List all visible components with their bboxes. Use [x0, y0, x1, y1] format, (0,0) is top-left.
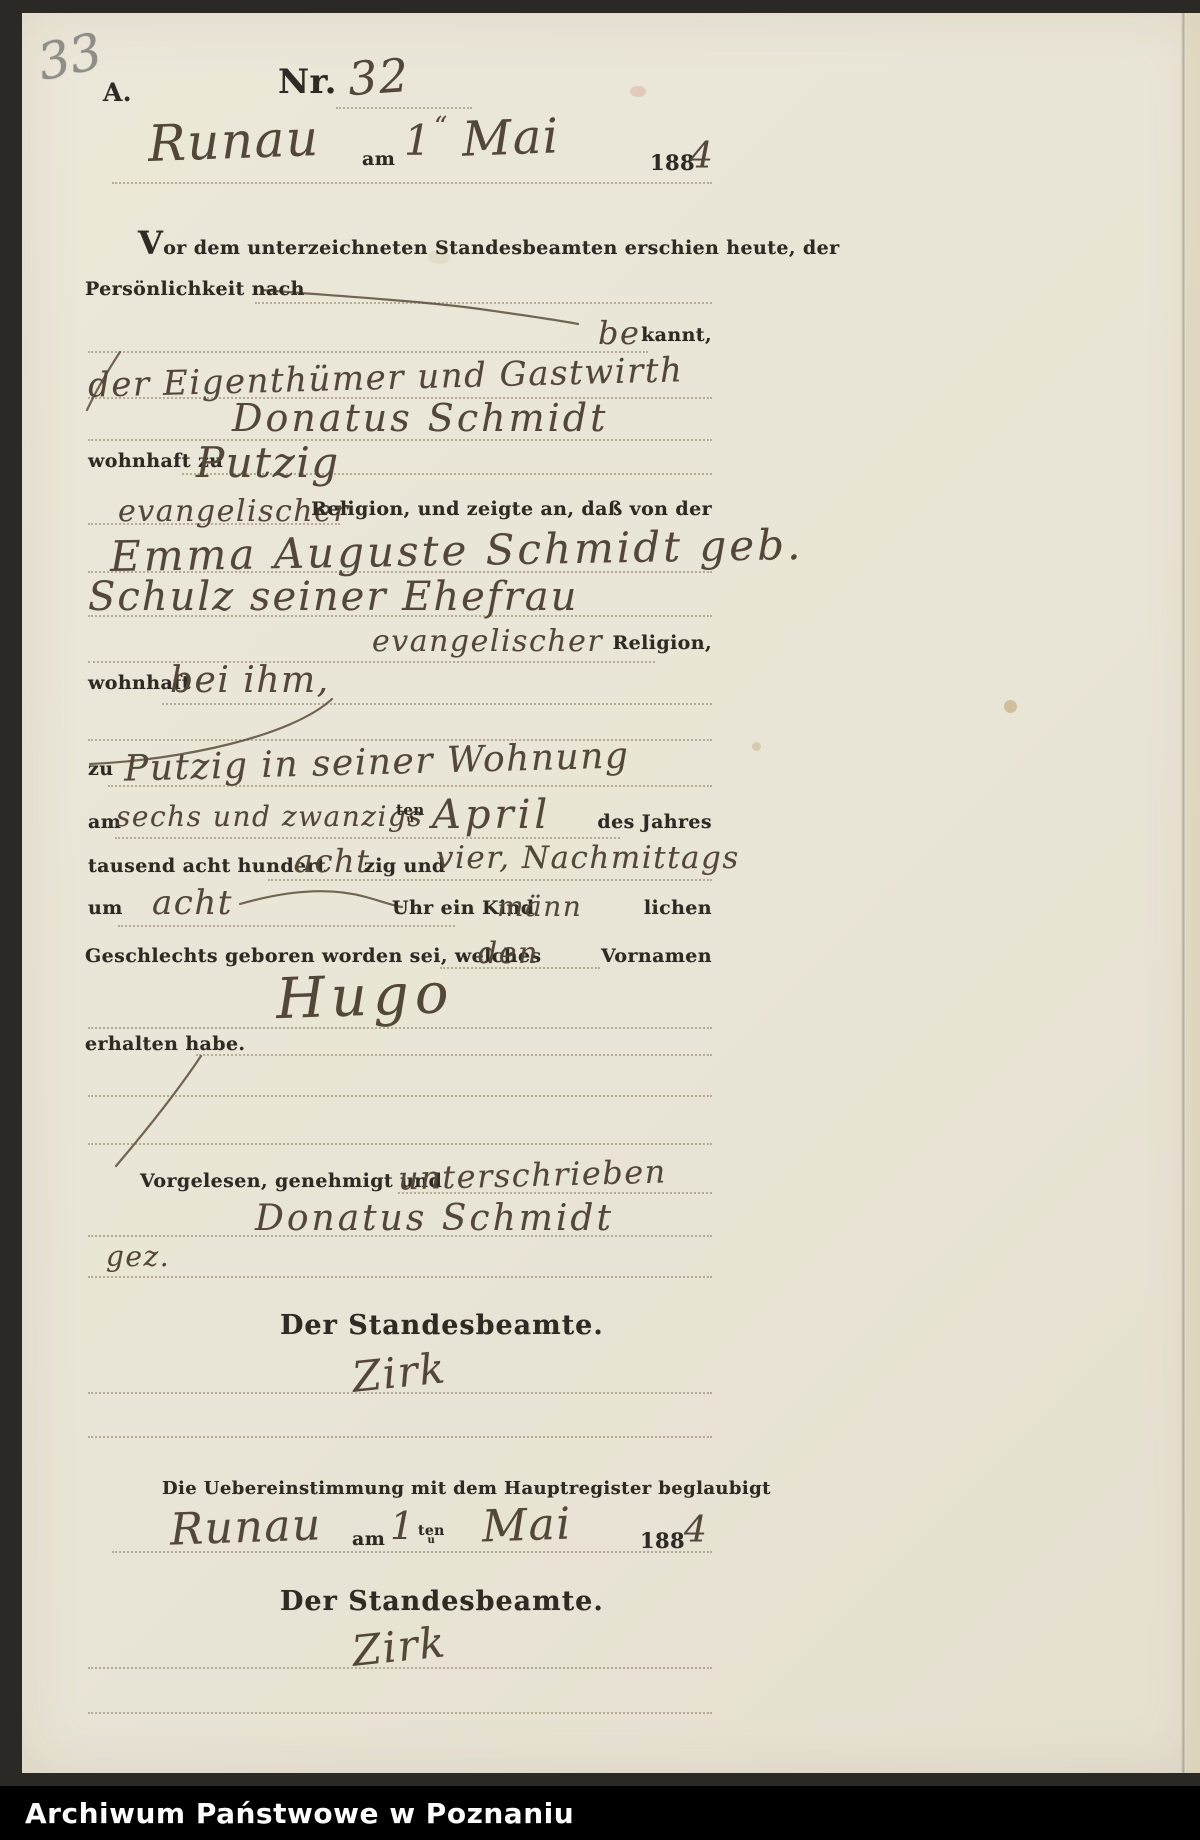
intro-initial: V [138, 224, 163, 262]
registrar-signature-1: Zirk [350, 1343, 449, 1402]
intro-rest: or dem unterzeichneten Standesbeamten er… [163, 237, 839, 259]
record-number-label: Nr. [278, 62, 337, 102]
zig-und-label: zig und [364, 855, 446, 877]
hour-hand: acht [152, 883, 233, 923]
dotted-line [196, 1051, 712, 1056]
dateline-day: 1 [404, 116, 432, 165]
certification-ten-suffix: tenu [418, 1526, 445, 1545]
record-number-value: 32 [346, 48, 411, 106]
year-end-hand: vier, Nachmittags [436, 840, 740, 876]
lichen-label: lichen [644, 897, 712, 919]
unterschrieben-hand: unterschrieben [398, 1152, 668, 1197]
intro-line: Vor dem unterzeichneten Standesbeamten e… [138, 224, 839, 262]
bekannt-hand: be [598, 314, 640, 352]
declarant-name: Donatus Schmidt [232, 396, 608, 440]
ten-suffix-alt: u [406, 816, 414, 824]
certification-month: Mai [481, 1498, 573, 1552]
dateline-month: Mai [461, 108, 561, 167]
gez-hand: gez. [106, 1240, 170, 1273]
tausend-label: tausend acht hundert [88, 855, 326, 877]
child-name: Hugo [275, 961, 456, 1032]
birth-month-hand: April [432, 792, 551, 838]
geschlechts-line: Geschlechts geboren worden sei, welches [85, 945, 542, 967]
bekannt-print: kannt, [641, 324, 712, 346]
certification-line: Die Uebereinstimmung mit dem Hauptregist… [162, 1478, 771, 1499]
declarant-signature: Donatus Schmidt [255, 1198, 614, 1239]
paper-stain [752, 742, 761, 751]
registrar-signature-2: Zirk [350, 1617, 449, 1676]
mother-name-line2: Schulz seiner Ehefrau [88, 574, 578, 620]
birth-day-hand: sechs und zwanzigs [116, 800, 423, 833]
gender-hand: männ [497, 890, 582, 923]
certification-am: am [352, 1528, 385, 1550]
dateline-day-mark: “ [434, 112, 449, 142]
section-letter: A. [103, 78, 132, 107]
residence-value: Putzig [196, 438, 340, 487]
dateline-place: Runau [147, 109, 320, 173]
archive-footer-bar: Archiwum Państwowe w Poznaniu [0, 1786, 1200, 1840]
religion1-print: Religion, und zeigte an, daß von der [311, 498, 712, 520]
wohnhaft-hand: bei ihm, [170, 660, 330, 701]
zu-label: zu [88, 758, 113, 780]
certification-year-hand: 4 [684, 1510, 708, 1551]
certification-day: 1 [390, 1504, 416, 1548]
year-decade-hand: acht [294, 842, 370, 880]
dotted-line [88, 348, 648, 353]
dotted-line [88, 1092, 712, 1097]
scanned-register-page: 33 A. Nr. 32 Runau am 1 “ Mai 188 4 Vor … [0, 0, 1200, 1840]
persoenlichkeit-label: Persönlichkeit nach [85, 278, 305, 300]
dotted-line [112, 179, 712, 184]
registrar-title-2: Der Standesbeamte. [280, 1586, 604, 1617]
dateline-am: am [362, 148, 395, 170]
ten-suffix: tenu [396, 804, 425, 824]
registrar-title-1: Der Standesbeamte. [280, 1310, 604, 1341]
archive-name: Archiwum Państwowe w Poznaniu [25, 1797, 574, 1830]
paper-stain [630, 86, 646, 97]
vorgelesen-label: Vorgelesen, genehmigt und [140, 1170, 442, 1192]
vornamen-label: Vornamen [601, 945, 712, 967]
page-right-edge [1186, 13, 1200, 1773]
um-label: um [88, 897, 123, 919]
dotted-line [88, 1709, 712, 1714]
dotted-line [88, 1433, 712, 1438]
religion2-print: Religion, [612, 632, 712, 654]
certification-place: Runau [169, 1499, 323, 1555]
dotted-line [88, 1273, 712, 1278]
certification-year-printed: 188 [640, 1528, 685, 1553]
des-jahres-label: des Jahres [597, 811, 712, 833]
dateline-year-hand: 4 [690, 136, 714, 177]
dotted-line [88, 1140, 712, 1145]
paper-stain [1004, 700, 1017, 713]
religion2-hand: evangelischer [372, 624, 603, 659]
erhalten-habe-label: erhalten habe. [85, 1033, 245, 1055]
certification-ten-alt: u [428, 1537, 436, 1545]
den-hand: den [478, 936, 539, 971]
dateline-year-printed: 188 [650, 150, 695, 175]
dotted-line [255, 299, 712, 304]
